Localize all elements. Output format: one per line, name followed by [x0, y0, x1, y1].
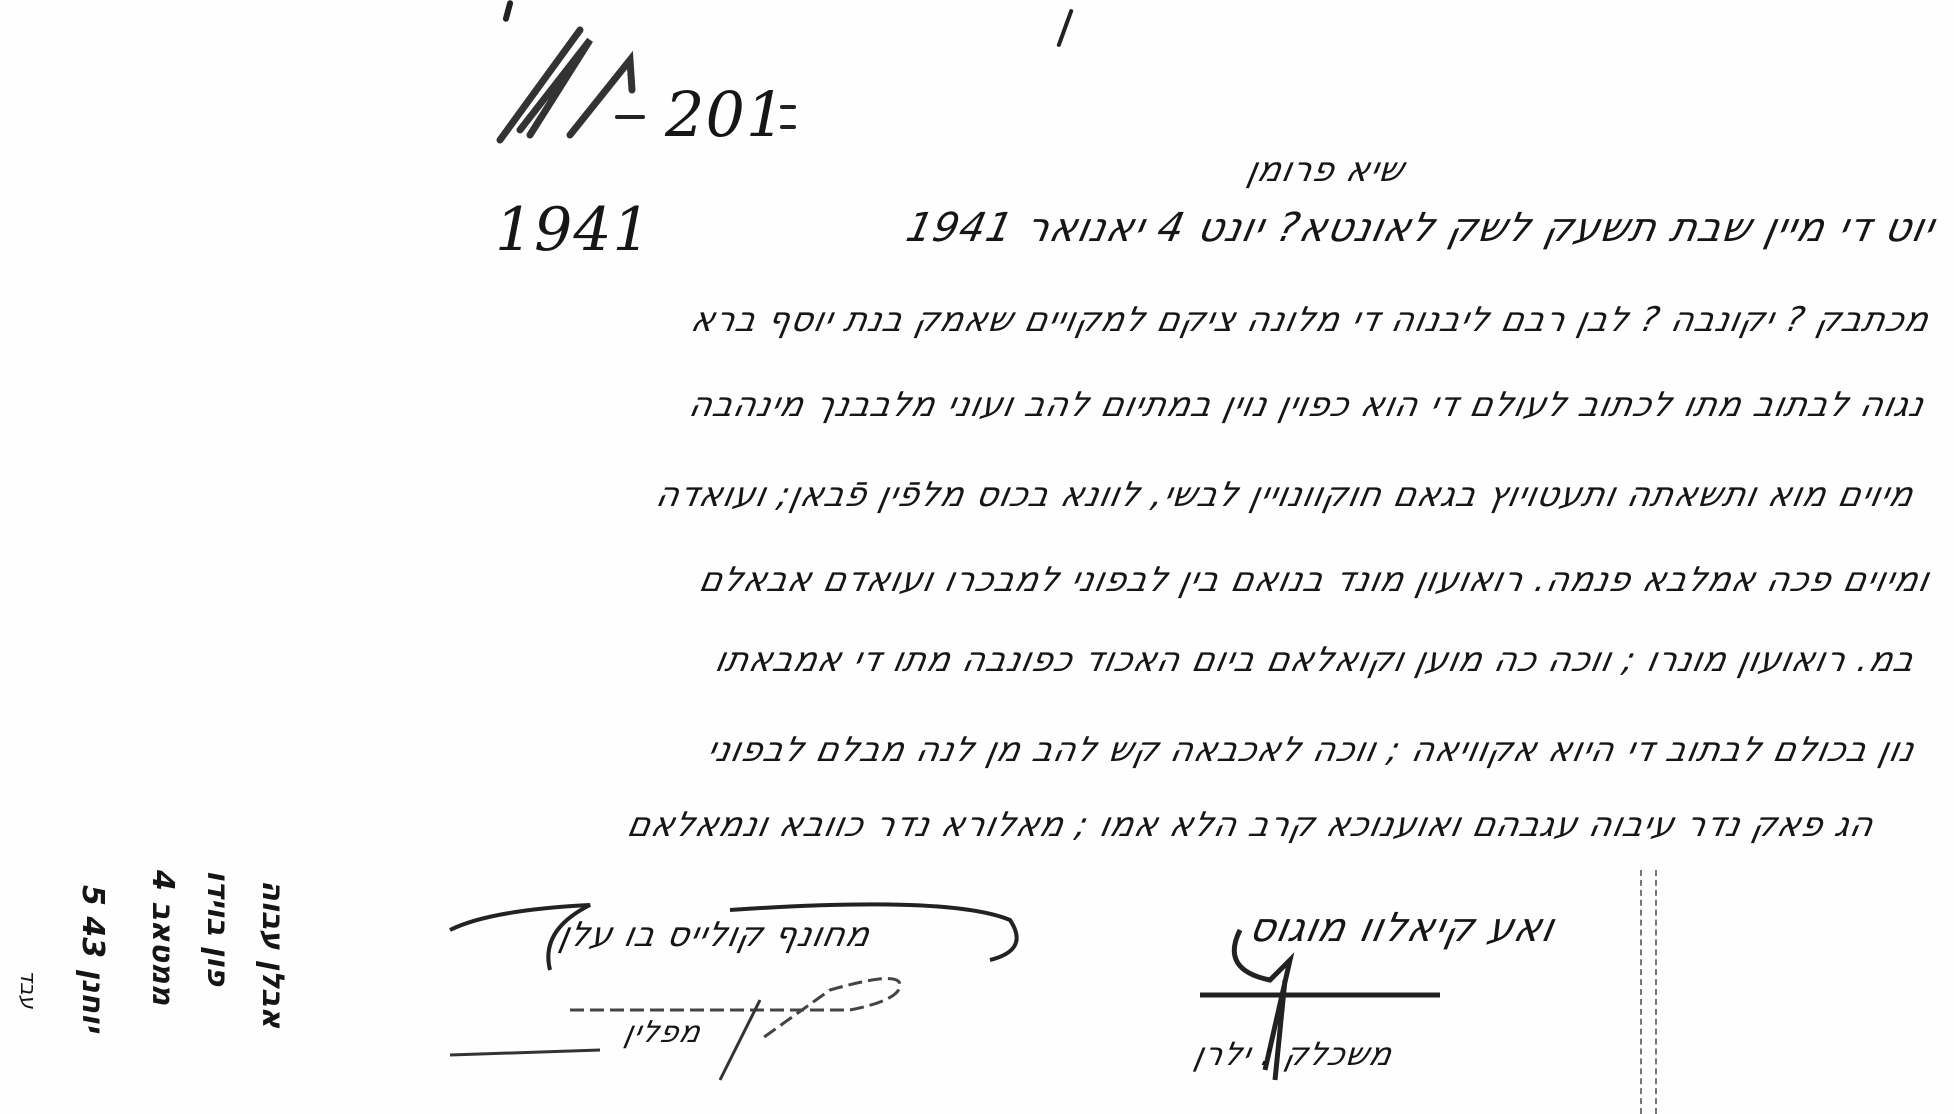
scanned-letter-page: 201 שיא פרומן 1941 יוט די מיין שבת תשעק …	[0, 0, 1954, 1114]
number-dash-3	[780, 125, 796, 129]
number-dash-2	[780, 105, 796, 109]
letter-line-2: מכתבק ? יקונבה ? לבן רבם ליבנוה די מלונה…	[688, 300, 1934, 340]
number-sign-mark	[490, 20, 650, 150]
letter-line-1: יוט די מיין שבת תשעק לשק לאונטא? יונט 4 …	[902, 205, 1939, 251]
margin-note-4: יוחנן 43 5	[75, 885, 110, 1032]
letter-line-6: במ. רואועון מונרו ; ווכה כה מוען וקואלאם…	[711, 640, 1918, 680]
letter-line-7: נון בכולם לבתוב די היוא אקוויאה ; ווכה ל…	[703, 730, 1918, 770]
letter-line-5: ומיוים פכה אמלבא פנמה. רואועון מונד בנוא…	[696, 560, 1934, 600]
margin-note-2: פון בוידו	[200, 870, 235, 986]
letter-line-3: נגוה לבתוב מתו לכתוב לעולם די הוא כפוין …	[686, 385, 1929, 425]
salutation: שיא פרומן	[1243, 150, 1408, 190]
left-signature-name: מחונף קולייס בו עלן	[556, 915, 875, 955]
right-signature-title: משכלק : ילרן	[1191, 1035, 1397, 1073]
letter-line-8: הג פאק נדר עיבוה עגבהם ואוענוכא קרב הלא …	[624, 805, 1878, 845]
left-signature-title: מפלין	[621, 1015, 704, 1050]
ink-mark-top-right	[1056, 9, 1073, 48]
fold-line-left	[1640, 870, 1645, 1114]
margin-note-3: ממטאב 4	[145, 870, 180, 1005]
margin-note-5: עבד	[15, 970, 40, 1009]
fold-line-right	[1655, 870, 1660, 1114]
number-dash	[615, 115, 645, 119]
document-number: 201	[665, 78, 786, 151]
margin-note-1: אבלן עבוה	[255, 880, 290, 1028]
year: 1941	[495, 195, 652, 265]
right-signature-name: ואע קיאלוו מוגוס	[1245, 905, 1559, 951]
letter-line-4: מיוים מוא ותשאתה ותעטויוץ בגאם חוקוונויי…	[653, 475, 1918, 515]
